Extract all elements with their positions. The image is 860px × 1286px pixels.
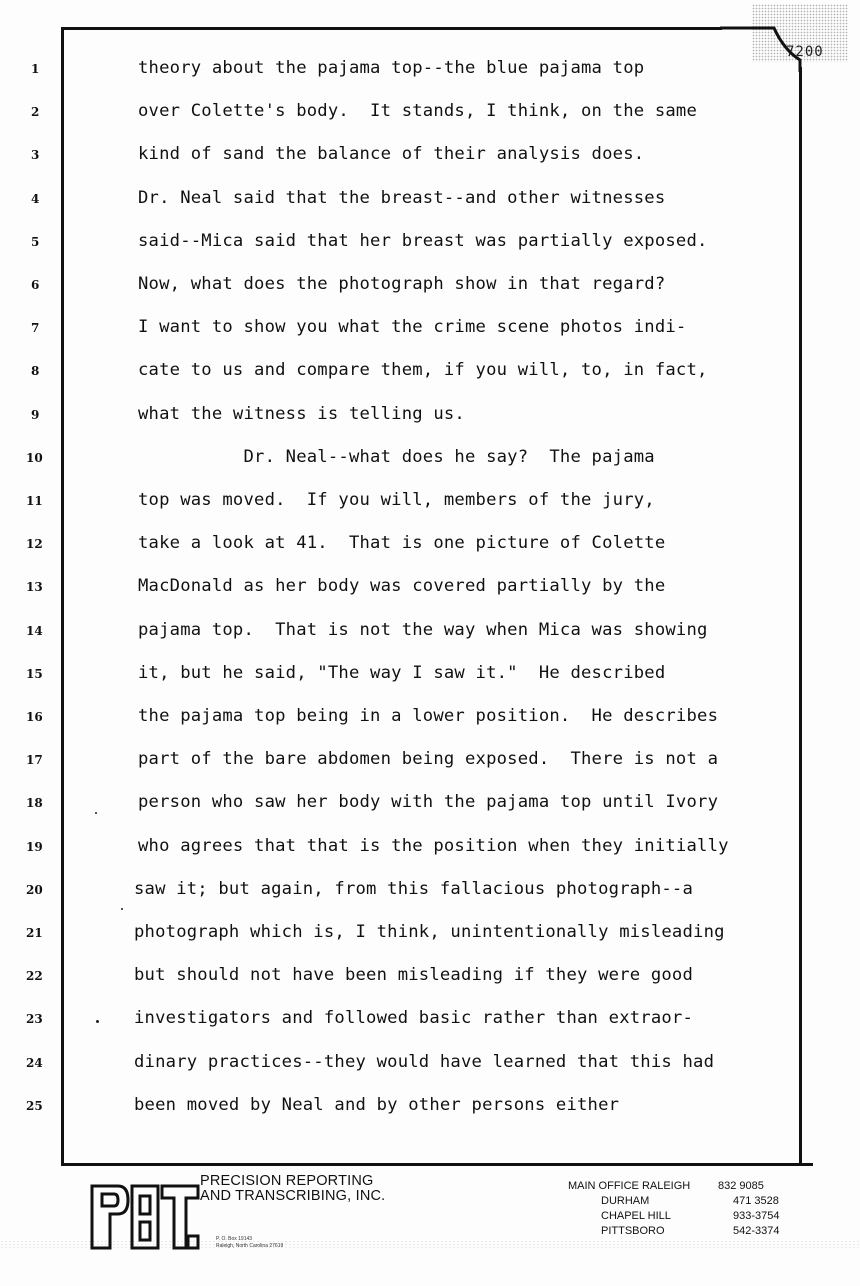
transcript-line: who agrees that that is the position whe… [138, 836, 729, 856]
company-address: P. O. Box 19143 Raleigh, North Carolina … [216, 1236, 283, 1250]
line-number: 7 [31, 321, 91, 335]
office-row: CHAPEL HILL933-3754 [601, 1210, 671, 1222]
line-number: 5 [31, 235, 91, 249]
office-city: PITTSBORO [601, 1225, 665, 1237]
line-number: 18 [26, 796, 86, 810]
line-number: 23 [26, 1012, 86, 1026]
address-line1: P. O. Box 19143 [216, 1236, 283, 1243]
line-number: 25 [26, 1099, 86, 1113]
transcript-line: it, but he said, "The way I saw it." He … [138, 663, 665, 683]
company-name-line1: PRECISION REPORTING [200, 1174, 385, 1189]
line-number: 9 [31, 408, 91, 422]
office-row: PITTSBORO542-3374 [601, 1225, 665, 1237]
transcript-line: top was moved. If you will, members of t… [138, 490, 655, 510]
transcript-line: saw it; but again, from this fallacious … [134, 879, 693, 899]
office-phone: 471 3528 [733, 1195, 779, 1207]
transcript-line: cate to us and compare them, if you will… [138, 360, 708, 380]
transcript-line: photograph which is, I think, unintentio… [134, 922, 725, 942]
line-number: 15 [26, 667, 86, 681]
speck [95, 812, 97, 814]
transcript-line: take a look at 41. That is one picture o… [138, 533, 665, 553]
address-line2: Raleigh, North Carolina 27619 [216, 1243, 283, 1250]
line-number: 6 [31, 278, 91, 292]
line-number: 12 [26, 537, 86, 551]
company-name-line2: AND TRANSCRIBING, INC. [200, 1189, 385, 1204]
transcript-line: dinary practices--they would have learne… [134, 1052, 714, 1072]
company-logo [88, 1174, 200, 1254]
office-row: MAIN OFFICE RALEIGH832 9085 [568, 1180, 690, 1192]
transcript-line: what the witness is telling us. [138, 404, 465, 424]
line-number: 4 [31, 192, 91, 206]
line-number: 17 [26, 753, 86, 767]
transcript-line: the pajama top being in a lower position… [138, 706, 718, 726]
frame-corner-bevel [718, 20, 808, 72]
frame-border-bottom [61, 1163, 813, 1166]
line-number: 1 [31, 62, 91, 76]
line-number: 13 [26, 580, 86, 594]
transcript-line: said--Mica said that her breast was part… [138, 231, 708, 251]
office-phone: 542-3374 [733, 1225, 780, 1237]
line-number: 3 [31, 148, 91, 162]
office-phone: 933-3754 [733, 1210, 780, 1222]
line-number: 24 [26, 1056, 86, 1070]
speck [96, 1020, 99, 1023]
line-number: 21 [26, 926, 86, 940]
frame-border-right [799, 67, 802, 1165]
office-city: DURHAM [601, 1195, 649, 1207]
transcript-line: pajama top. That is not the way when Mic… [138, 620, 708, 640]
transcript-line: MacDonald as her body was covered partia… [138, 576, 665, 596]
transcript-line: been moved by Neal and by other persons … [134, 1095, 619, 1115]
line-number: 2 [31, 105, 91, 119]
office-city: CHAPEL HILL [601, 1210, 671, 1222]
company-name: PRECISION REPORTING AND TRANSCRIBING, IN… [200, 1174, 385, 1204]
line-number: 10 [26, 451, 86, 465]
line-number: 14 [26, 624, 86, 638]
office-row: DURHAM471 3528 [601, 1195, 649, 1207]
transcript-line: theory about the pajama top--the blue pa… [138, 58, 644, 78]
transcript-line: Now, what does the photograph show in th… [138, 274, 665, 294]
transcript-line: investigators and followed basic rather … [134, 1008, 693, 1028]
frame-border-top [62, 27, 722, 30]
office-phone: 832 9085 [718, 1180, 764, 1192]
line-number: 20 [26, 883, 86, 897]
office-city: MAIN OFFICE RALEIGH [568, 1180, 690, 1192]
speck [121, 908, 123, 910]
transcript-page: 7200 12345678910111213141516171819202122… [0, 0, 860, 1286]
transcript-line: person who saw her body with the pajama … [138, 792, 718, 812]
line-number: 8 [31, 364, 91, 378]
transcript-line: kind of sand the balance of their analys… [138, 144, 644, 164]
transcript-line: part of the bare abdomen being exposed. … [138, 749, 718, 769]
line-number: 16 [26, 710, 86, 724]
line-number: 11 [26, 494, 86, 508]
transcript-line: I want to show you what the crime scene … [138, 317, 686, 337]
transcript-line: but should not have been misleading if t… [134, 965, 693, 985]
transcript-line: Dr. Neal said that the breast--and other… [138, 188, 665, 208]
line-number: 19 [26, 840, 86, 854]
line-number: 22 [26, 969, 86, 983]
transcript-line: Dr. Neal--what does he say? The pajama [138, 447, 655, 467]
transcript-line: over Colette's body. It stands, I think,… [138, 101, 697, 121]
